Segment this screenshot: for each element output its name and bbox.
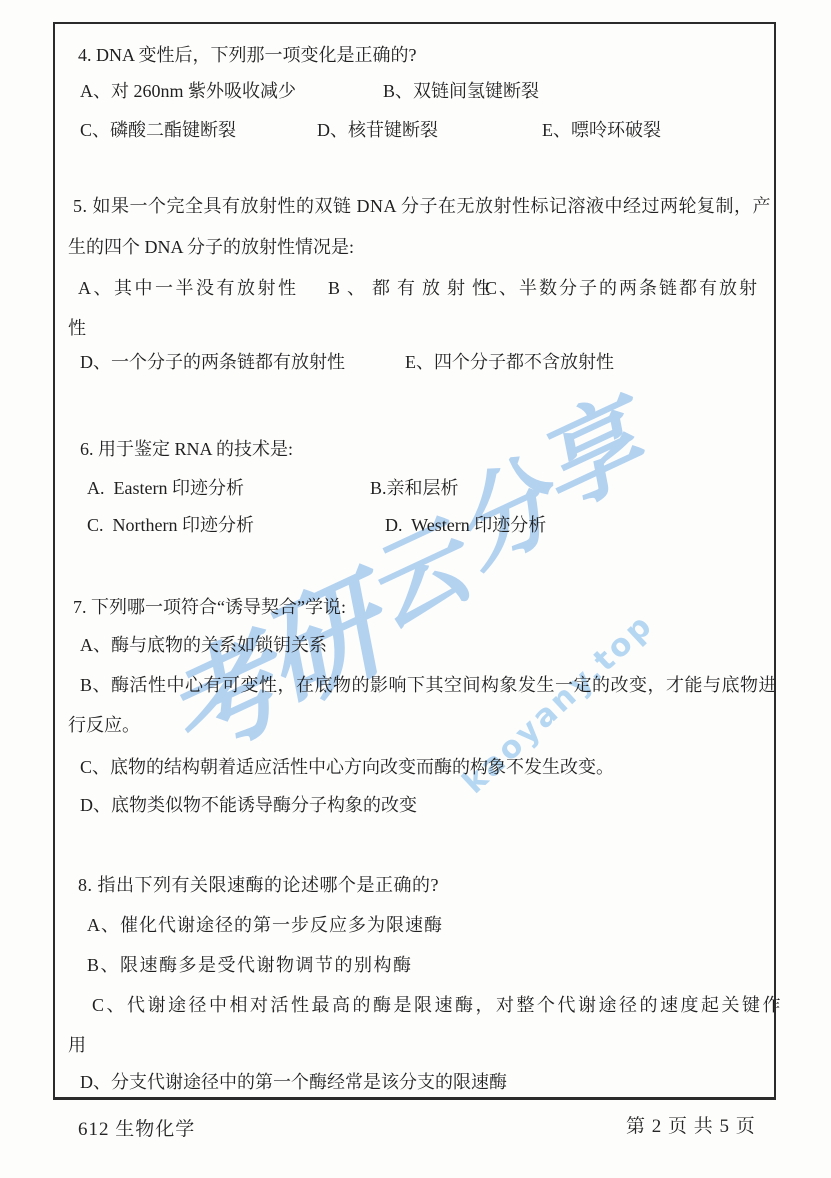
q6-question-text: 6. 用于鉴定 RNA 的技术是: [80,438,293,460]
q5-question-text-1: 5. 如果一个完全具有放射性的双链 DNA 分子在无放射性标记溶液中经过两轮复制… [73,195,771,217]
q6-option-d: D. Western 印迹分析 [385,514,546,536]
q8-option-c-text: C、代谢途径中相对活性最高的酶是限速酶，对整个代谢途径的速度起关键作 [92,994,783,1016]
q5-options-row-2: D、一个分子的两条链都有放射性E、四个分子都不含放射性 [0,351,831,375]
q7-option-b: B、酶活性中心有可变性，在底物的影响下其空间构象发生一定的改变，才能与底物进 [0,674,831,698]
q4-option-e: E、嘌呤环破裂 [542,119,661,141]
q6-options-row-2: C. Northern 印迹分析D. Western 印迹分析 [0,514,831,538]
exam-page: 考研云分享 kaoyany.top 4. DNA 变性后，下列那一项变化是正确的… [0,0,831,1178]
q8-question-text: 8. 指出下列有关限速酶的论述哪个是正确的? [78,874,439,896]
q7-title: 7. 下列哪一项符合“诱导契合”学说: [0,596,831,620]
q6-title: 6. 用于鉴定 RNA 的技术是: [0,438,831,462]
q7-option-c: C、底物的结构朝着适应活性中心方向改变而酶的构象不发生改变。 [0,756,831,780]
q7-option-b-text: B、酶活性中心有可变性，在底物的影响下其空间构象发生一定的改变，才能与底物进 [80,674,777,696]
q4-option-c: C、磷酸二酯键断裂 [80,119,236,141]
footer-subject-label: 612 生物化学 [78,1114,195,1141]
q7-option-b-cont: 行反应。 [0,714,831,738]
q7-option-b-cont-text: 行反应。 [68,714,140,736]
q8-option-a-text: A、催化代谢途径的第一步反应多为限速酶 [87,914,443,936]
q7-option-d-text: D、底物类似物不能诱导酶分子构象的改变 [80,794,417,816]
q5-question-line-2: 生的四个 DNA 分子的放射性情况是: [0,236,831,260]
q5-question-text-2: 生的四个 DNA 分子的放射性情况是: [68,236,354,258]
q4-options-row-2: C、磷酸二酯键断裂D、核苷键断裂E、嘌呤环破裂 [0,119,831,143]
q7-option-c-text: C、底物的结构朝着适应活性中心方向改变而酶的构象不发生改变。 [80,756,614,778]
q8-option-b-text: B、限速酶多是受代谢物调节的别构酶 [87,954,413,976]
q4-options-row-1: A、对 260nm 紫外吸收减少B、双链间氢键断裂 [0,80,831,104]
footer-page-number: 第 2 页 共 5 页 [626,1111,756,1138]
q4-option-a: A、对 260nm 紫外吸收减少 [80,80,296,102]
q7-option-a: A、酶与底物的关系如锁钥关系 [0,634,831,658]
q5-option-c: C、半数分子的两条链都有放射 [485,277,759,299]
q5-option-a: A、其中一半没有放射性 [78,277,299,299]
q5-option-c-cont-text: 性 [68,317,86,339]
q7-option-a-text: A、酶与底物的关系如锁钥关系 [80,634,327,656]
q6-options-row-1: A. Eastern 印迹分析B.亲和层析 [0,477,831,501]
q5-option-d: D、一个分子的两条链都有放射性 [80,351,345,373]
q8-option-b: B、限速酶多是受代谢物调节的别构酶 [0,954,831,978]
q4-option-d: D、核苷键断裂 [317,119,438,141]
q8-option-d: D、分支代谢途径中的第一个酶经常是该分支的限速酶 [0,1071,831,1095]
q8-option-a: A、催化代谢途径的第一步反应多为限速酶 [0,914,831,938]
q5-options-row-1: A、其中一半没有放射性B、都有放射性C、半数分子的两条链都有放射 [0,277,831,301]
q7-option-d: D、底物类似物不能诱导酶分子构象的改变 [0,794,831,818]
q5-question-line-1: 5. 如果一个完全具有放射性的双链 DNA 分子在无放射性标记溶液中经过两轮复制… [0,195,831,219]
q5-option-e: E、四个分子都不含放射性 [405,351,614,373]
q4-question-text: 4. DNA 变性后，下列那一项变化是正确的? [78,44,417,66]
q5-option-c-cont: 性 [0,317,831,341]
q4-option-b: B、双链间氢键断裂 [383,80,539,102]
q8-option-d-text: D、分支代谢途径中的第一个酶经常是该分支的限速酶 [80,1071,507,1093]
q8-option-c: C、代谢途径中相对活性最高的酶是限速酶，对整个代谢途径的速度起关键作 [0,994,831,1018]
q5-option-b: B、都有放射性 [328,277,497,299]
q6-option-a: A. Eastern 印迹分析 [87,477,244,499]
questions-area: 4. DNA 变性后，下列那一项变化是正确的?A、对 260nm 紫外吸收减少B… [0,0,831,1178]
q8-option-c-cont-text: 用 [68,1034,86,1056]
q8-title: 8. 指出下列有关限速酶的论述哪个是正确的? [0,874,831,898]
q6-option-b: B.亲和层析 [370,477,459,499]
q4-title: 4. DNA 变性后，下列那一项变化是正确的? [0,44,831,68]
q8-option-c-cont: 用 [0,1034,831,1058]
q7-question-text: 7. 下列哪一项符合“诱导契合”学说: [73,596,346,618]
q6-option-c: C. Northern 印迹分析 [87,514,254,536]
